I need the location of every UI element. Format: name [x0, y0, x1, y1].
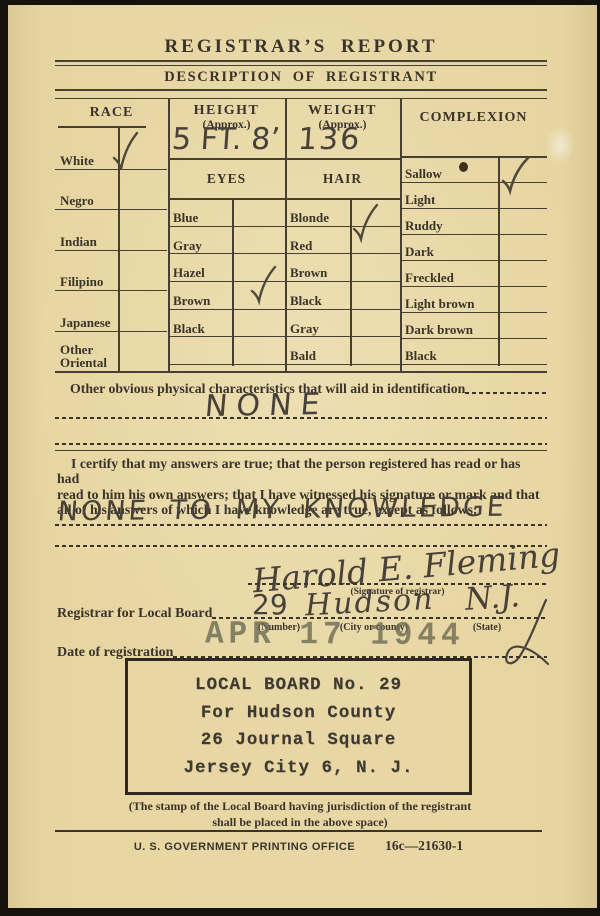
race-row-indian: Indian: [55, 210, 167, 251]
section-rule: [55, 89, 547, 91]
page-title: REGISTRAR’S REPORT: [55, 36, 547, 58]
registrar-board-label: Registrar for Local Board: [57, 606, 212, 622]
board-stamp-line: 26 Journal Square: [128, 730, 469, 750]
hair-row-brown: Brown: [285, 254, 400, 282]
eyes-row-empty: [168, 337, 285, 365]
race-underline: [58, 126, 146, 128]
race-row-other-oriental: Other Oriental: [55, 332, 167, 372]
solid-line: [55, 450, 547, 452]
light-complexion-checkmark: [499, 155, 531, 199]
complexion-row-dark-brown: Dark brown: [400, 313, 547, 339]
height-value-line: [168, 158, 285, 160]
height-value-handwriting: 5 FT. 8’: [171, 122, 281, 157]
state-caption: (State): [458, 622, 516, 633]
registrar-report-card: REGISTRAR’S REPORT DESCRIPTION OF REGIST…: [0, 0, 600, 916]
race-header: RACE: [55, 105, 168, 121]
printing-office-label: U. S. GOVERNMENT PRINTING OFFICE: [134, 841, 355, 853]
certification-answer-handwriting: NONE TO MY KNOWLEDGE: [57, 492, 508, 528]
certification-line: I certify that my answers are true; that…: [57, 456, 545, 487]
hair-options: Blonde Red Brown Black Gray Bald: [285, 199, 400, 365]
weight-header: WEIGHT: [285, 103, 400, 119]
board-stamp-line: LOCAL BOARD No. 29: [128, 675, 469, 695]
hair-row-black: Black: [285, 282, 400, 310]
paper-stain: [545, 125, 575, 165]
eyes-row-gray: Gray: [168, 227, 285, 255]
hair-header: HAIR: [285, 171, 400, 187]
complexion-row-ruddy: Ruddy: [400, 209, 547, 235]
board-stamp-line: For Hudson County: [128, 703, 469, 723]
footer-rule: [55, 830, 542, 832]
title-rule-bottom: [55, 65, 547, 67]
eyes-row-black: Black: [168, 310, 285, 338]
dashed-line: [55, 417, 547, 419]
white-checkmark: [110, 130, 140, 176]
hair-row-gray: Gray: [285, 310, 400, 338]
weight-value-line: [285, 158, 400, 160]
sallow-ink-dot: [459, 162, 468, 172]
race-row-japanese: Japanese: [55, 291, 167, 332]
red-hair-checkmark: [351, 202, 379, 246]
title-rule-top: [55, 60, 547, 62]
complexion-row-dark: Dark: [400, 235, 547, 261]
characteristics-leader: [465, 392, 547, 394]
complexion-row-light-brown: Light brown: [400, 287, 547, 313]
footer: U. S. GOVERNMENT PRINTING OFFICE 16c—216…: [55, 838, 542, 854]
race-row-filipino: Filipino: [55, 251, 167, 292]
dashed-line: [55, 524, 547, 526]
complexion-header: COMPLEXION: [400, 110, 547, 126]
hair-row-red: Red: [285, 227, 400, 255]
form-code: 16c—21630-1: [385, 838, 463, 854]
hair-row-bald: Bald: [285, 337, 400, 365]
complexion-row-black: Black: [400, 339, 547, 365]
section-title: DESCRIPTION OF REGISTRANT: [55, 69, 547, 86]
dashed-line: [55, 443, 547, 445]
eyes-header: EYES: [168, 171, 285, 187]
local-board-stamp-box: LOCAL BOARD No. 29 For Hudson County 26 …: [125, 658, 472, 795]
weight-value-handwriting: 136: [297, 122, 363, 157]
complexion-row-freckled: Freckled: [400, 261, 547, 287]
height-header: HEIGHT: [168, 103, 285, 119]
brown-eyes-checkmark: [249, 264, 277, 308]
hair-row-blonde: Blonde: [285, 199, 400, 227]
board-stamp-line: Jersey City 6, N. J.: [128, 758, 469, 778]
stamp-box-caption: (The stamp of the Local Board having jur…: [90, 799, 510, 830]
eyes-row-blue: Blue: [168, 199, 285, 227]
